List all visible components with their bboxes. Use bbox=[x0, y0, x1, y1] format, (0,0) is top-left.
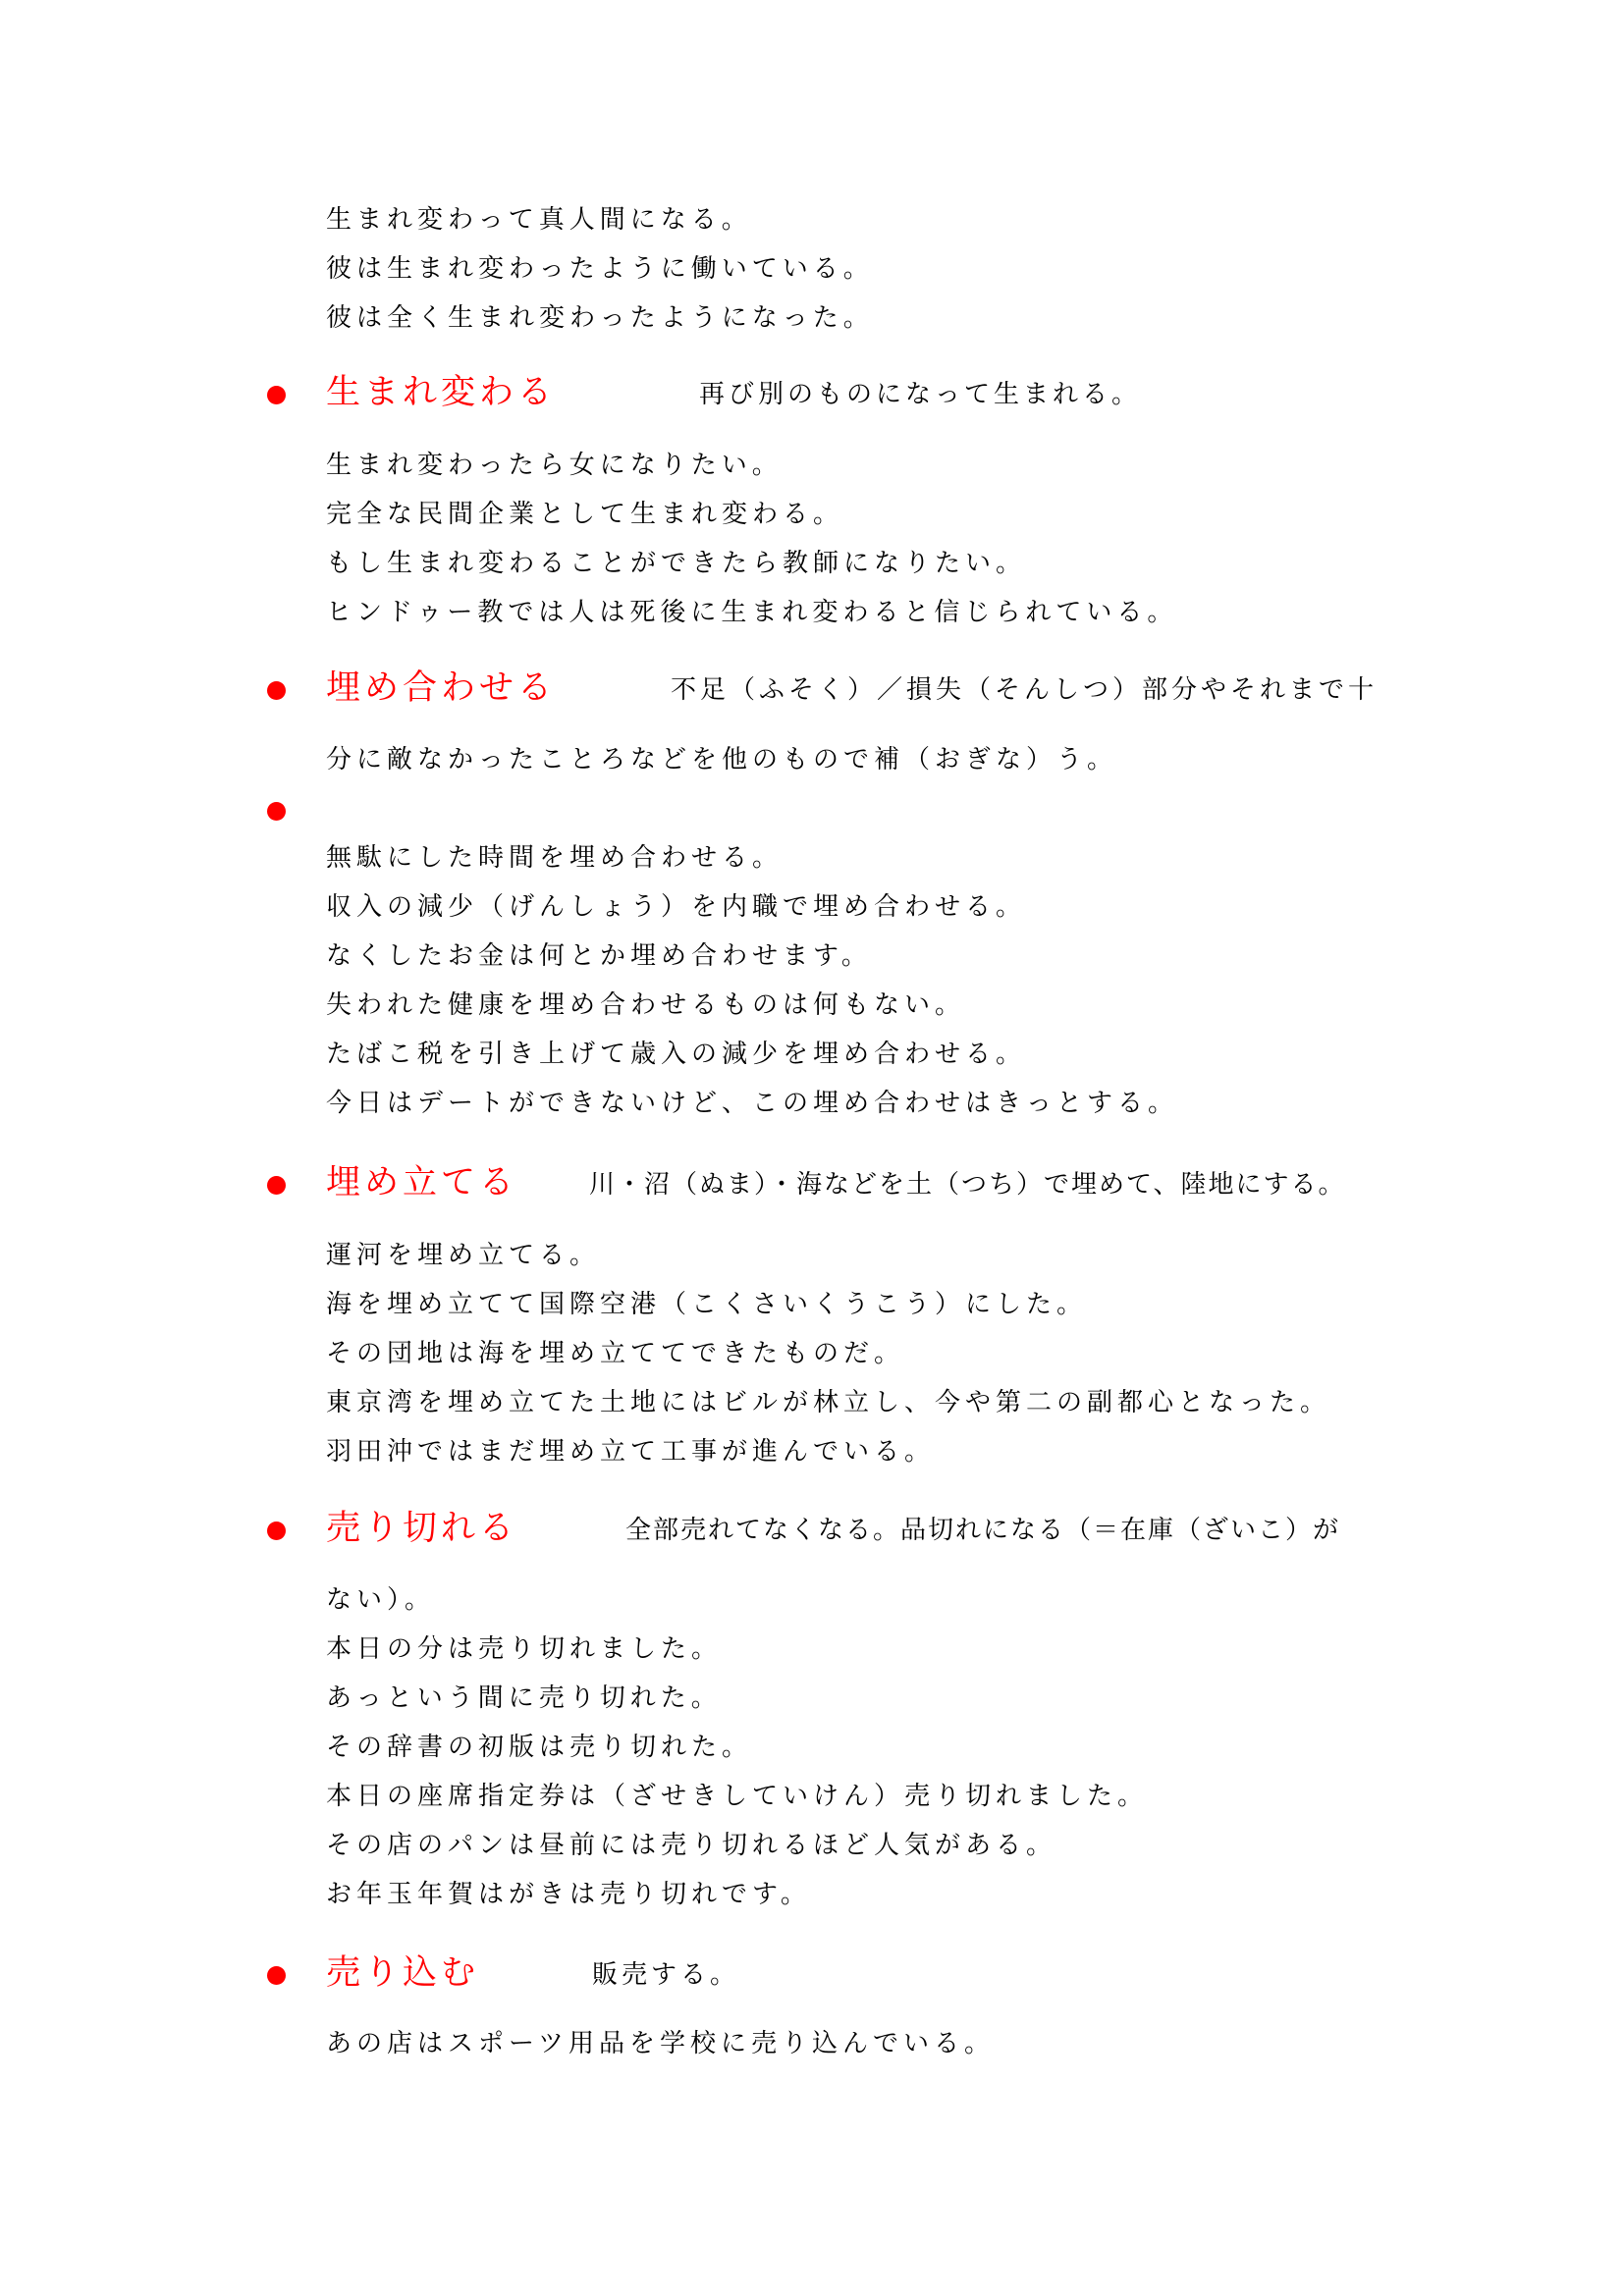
entry-header: 埋め立てる 川・沼（ぬま）・海などを土（つち）で埋めて、陸地にする。 bbox=[0, 1158, 1624, 1207]
bullet-icon bbox=[267, 1176, 286, 1195]
example-sentence: ヒンドゥー教では人は死後に生まれ変わると信じられている。 bbox=[326, 596, 1177, 629]
example-sentence: 羽田沖ではまだ埋め立て工事が進んでいる。 bbox=[326, 1435, 935, 1468]
example-sentence: 生まれ変わって真人間になる。 bbox=[326, 203, 752, 237]
example-sentence: 東京湾を埋め立てた土地にはビルが林立し、今や第二の副都心となった。 bbox=[326, 1386, 1330, 1419]
example-sentence: たばこ税を引き上げて歳入の減少を埋め合わせる。 bbox=[326, 1038, 1026, 1071]
example-sentence: 彼は全く生まれ変わったようになった。 bbox=[326, 301, 874, 335]
example-sentence: もし生まれ変わることができたら教師になりたい。 bbox=[326, 547, 1026, 580]
entry-definition-continued: 分に敵なかったことろなどを他のもので補（おぎな）う。 bbox=[326, 743, 1117, 776]
example-sentence: 運河を埋め立てる。 bbox=[326, 1239, 600, 1272]
example-sentence: あっという間に売り切れた。 bbox=[326, 1682, 722, 1715]
entry-term: 生まれ変わる bbox=[326, 371, 556, 414]
empty-bullet bbox=[0, 797, 1624, 827]
example-sentence: その辞書の初版は売り切れた。 bbox=[326, 1731, 752, 1764]
entry-definition: 川・沼（ぬま）・海などを土（つち）で埋めて、陸地にする。 bbox=[589, 1168, 1345, 1201]
example-sentence: 海を埋め立てて国際空港（こくさいくうこう）にした。 bbox=[326, 1288, 1087, 1321]
entry-header: 生まれ変わる 再び別のものになって生まれる。 bbox=[0, 368, 1624, 417]
example-sentence: 今日はデートができないけど、この埋め合わせはきっとする。 bbox=[326, 1087, 1178, 1120]
entry-header: 売り切れる 全部売れてなくなる。品切れになる（＝在庫（ざいこ）が bbox=[0, 1504, 1624, 1553]
entry-term: 埋め合わせる bbox=[326, 667, 556, 710]
bullet-icon bbox=[267, 802, 286, 821]
bullet-icon bbox=[267, 386, 286, 404]
example-sentence: その店のパンは昼前には売り切れるほど人気がある。 bbox=[326, 1829, 1056, 1862]
example-sentence: 失われた健康を埋め合わせるものは何もない。 bbox=[326, 988, 965, 1022]
entry-header: 埋め合わせる 不足（ふそく）／損失（そんしつ）部分やそれまで十 bbox=[0, 664, 1624, 713]
example-sentence: 生まれ変わったら女になりたい。 bbox=[326, 449, 783, 482]
entry-definition-continued: ない）。 bbox=[326, 1583, 435, 1617]
entry-definition: 再び別のものになって生まれる。 bbox=[699, 378, 1141, 411]
entry-term: 売り切れる bbox=[326, 1507, 517, 1550]
example-sentence: 本日の座席指定券は（ざせきしていけん）売り切れました。 bbox=[326, 1780, 1148, 1813]
example-sentence: あの店はスポーツ用品を学校に売り込んでいる。 bbox=[326, 2027, 995, 2060]
bullet-icon bbox=[267, 1522, 286, 1540]
example-sentence: なくしたお金は何とか埋め合わせます。 bbox=[326, 939, 872, 973]
entry-definition: 販売する。 bbox=[592, 1958, 739, 1992]
entry-definition: 不足（ふそく）／損失（そんしつ）部分やそれまで十 bbox=[671, 673, 1378, 707]
example-sentence: 本日の分は売り切れました。 bbox=[326, 1632, 722, 1666]
example-sentence: 無駄にした時間を埋め合わせる。 bbox=[326, 841, 783, 875]
example-sentence: お年玉年賀はがきは売り切れです。 bbox=[326, 1878, 811, 1911]
bullet-icon bbox=[267, 681, 286, 700]
entry-term: 埋め立てる bbox=[326, 1161, 517, 1204]
entry-header: 売り込む 販売する。 bbox=[0, 1949, 1624, 1998]
example-sentence: 完全な民間企業として生まれ変わる。 bbox=[326, 498, 843, 531]
example-sentence: 収入の減少（げんしょう）を内職で埋め合わせる。 bbox=[326, 890, 1026, 924]
entry-term: 売り込む bbox=[326, 1951, 479, 1995]
example-sentence: 彼は生まれ変わったように働いている。 bbox=[326, 252, 874, 286]
entry-definition: 全部売れてなくなる。品切れになる（＝在庫（ざいこ）が bbox=[625, 1514, 1340, 1547]
bullet-icon bbox=[267, 1966, 286, 1985]
example-sentence: その団地は海を埋め立ててできたものだ。 bbox=[326, 1337, 904, 1370]
